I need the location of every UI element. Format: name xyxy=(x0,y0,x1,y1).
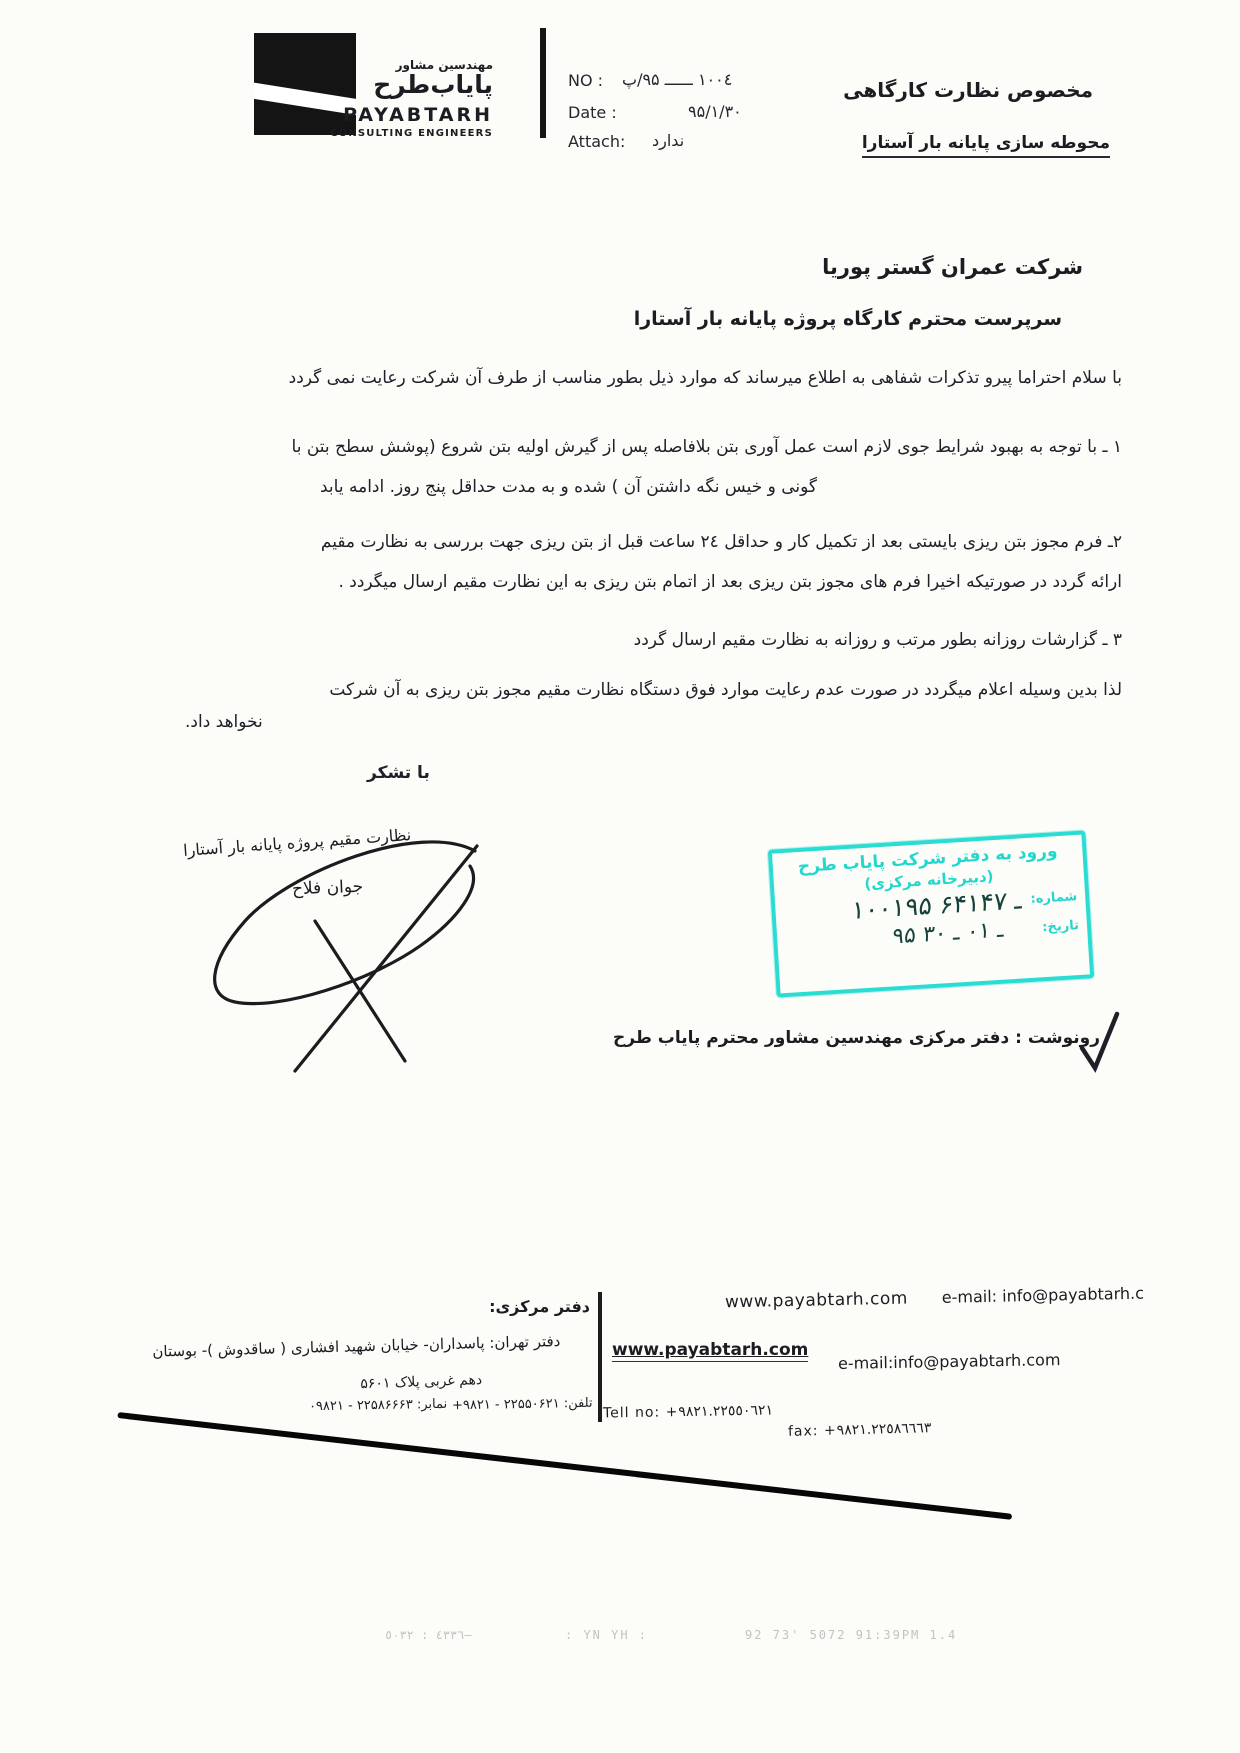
checkmark-icon xyxy=(1076,1008,1122,1074)
date-label: Date : xyxy=(568,103,617,122)
item2-line1: ۲ـ فرم مجوز بتن ریزی بایستی بعد از تکمیل… xyxy=(321,532,1122,552)
cc-line: رونوشت : دفتر مرکزی مهندسین مشاور محترم … xyxy=(613,1028,1100,1048)
tel-en: Tell no: +٩٨٢١.٢٢٥٥٠٦٢١ xyxy=(603,1403,773,1422)
tehran-office-address: دفتر تهران: پاسداران- خیابان شهید افشاری… xyxy=(152,1332,560,1361)
no-value: پ/۹۵ ــــــ ۱۰۰٤ xyxy=(622,70,732,89)
item1-line1: ۱ ـ با توجه به بهبود شرایط جوی لازم است … xyxy=(292,437,1122,457)
attach-label: Attach: xyxy=(568,132,625,151)
stamp-date-label: تاریخ: xyxy=(1042,918,1080,935)
fax-artifact-text-right: 92 73' 5072 91:39PM 1.4 xyxy=(745,1628,957,1642)
footer-email-top: e-mail: info@payabtarh.c xyxy=(942,1284,1145,1308)
brand-en-name: PAYABTARH xyxy=(343,104,493,126)
fax-fa: نمابر: ۲۲۵۸۶۶۶۳ - ۰۹۸۲۱ xyxy=(309,1397,447,1414)
no-label: NO : xyxy=(568,71,603,90)
footer-email-main: e-mail:info@payabtarh.com xyxy=(838,1350,1061,1373)
closing-line1: لذا بدین وسیله اعلام میگردد در صورت عدم … xyxy=(329,680,1122,700)
footer-website-top: www.payabtarh.com xyxy=(725,1289,908,1313)
brand-fa-main: پایاب‌طرح xyxy=(373,70,493,99)
company-logo xyxy=(254,33,356,135)
item2-line2: ارائه گردد در صورتیکه اخیرا فرم های مجوز… xyxy=(338,572,1122,592)
phone-fa: تلفن: ۲۲۵۵۰۶۲۱ - ۹۸۲۱+ xyxy=(452,1396,593,1413)
stamp-number-label: شماره: xyxy=(1030,889,1078,907)
attach-value: ندارد xyxy=(652,131,684,150)
central-office-label: دفتر مرکزی: xyxy=(489,1297,590,1316)
date-value: ۹۵/۱/۳۰ xyxy=(688,102,742,121)
item1-line2: گونی و خیس نگه داشتن آن ) شده و به مدت ح… xyxy=(320,477,817,497)
footer-divider xyxy=(598,1292,602,1422)
fax-en: fax: +٩٨٢١.٢٢٥٨٦٦٦٣ xyxy=(788,1420,932,1440)
fax-artifact-text-left: ٤٣٣٦ : ٥٠٣٢— xyxy=(385,1628,472,1642)
closing-line2: نخواهد داد. xyxy=(185,712,263,732)
brand-en-subtitle: CONSULTING ENGINEERS xyxy=(330,128,493,139)
stamp-date-value: ۹۵ ـ ۰۱ ـ ۳۰ xyxy=(892,917,1006,949)
recipient-title: سرپرست محترم کارگاه پروژه پایانه بار آست… xyxy=(634,308,1062,330)
footer-website-main: www.payabtarh.com xyxy=(612,1340,808,1362)
footer-top-row: www.payabtarh.com e-mail: info@payabtarh… xyxy=(725,1284,1144,1313)
subject-line-2: محوطه سازی پایانه بار آستارا xyxy=(862,133,1110,158)
thanks-line: با تشکر xyxy=(367,763,430,783)
office-entry-stamp: ورود به دفتر شرکت پایاب طرح (دبیرخانه مر… xyxy=(768,830,1094,997)
logo-stripe xyxy=(254,82,356,117)
item3-line: ۳ ـ گزارشات روزانه بطور مرتب و روزانه به… xyxy=(634,630,1122,650)
intro-line: با سلام احتراما پیرو تذکرات شفاهی به اطل… xyxy=(289,368,1122,388)
letterhead-divider xyxy=(540,28,546,138)
recipient-company: شرکت عمران گستر پوریا xyxy=(822,255,1083,279)
address-line-2: دهم غربی پلاک ۵۶۰۱ xyxy=(360,1372,482,1392)
scanned-letter-page: مهندسین مشاور پایاب‌طرح PAYABTARH CONSUL… xyxy=(0,0,1240,1753)
fax-artifact-text-mid: : YN YH : xyxy=(565,1628,648,1642)
subject-line-1: مخصوص نظارت کارگاهی xyxy=(843,78,1093,102)
signature-scribble xyxy=(200,826,510,1078)
